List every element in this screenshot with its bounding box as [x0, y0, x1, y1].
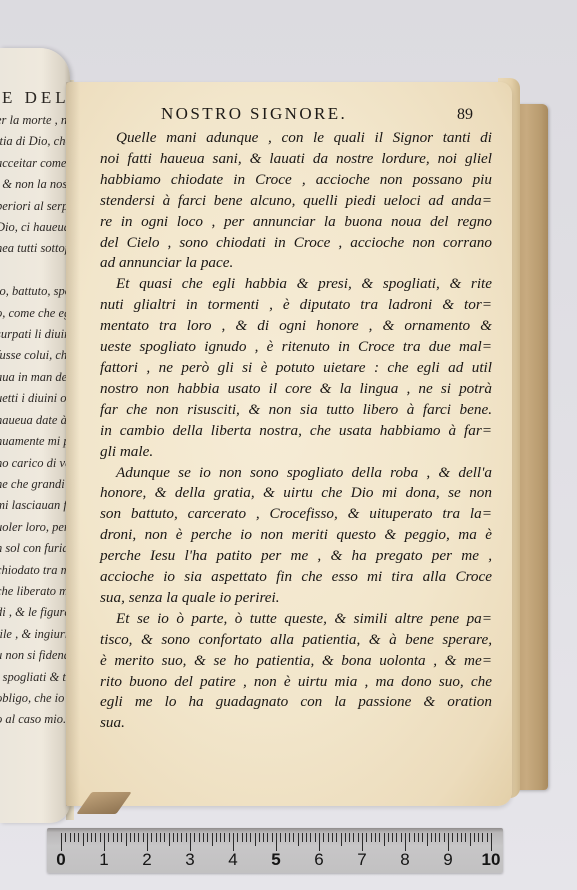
ruler-tick	[181, 833, 182, 842]
left-text-fragment: uoler loro, perch	[0, 517, 70, 538]
ruler-tick	[242, 833, 243, 842]
left-text-fragment: di , & le figura	[0, 602, 70, 623]
ruler-tick	[298, 833, 299, 846]
ruler-tick	[414, 833, 415, 842]
ruler-label: 1	[99, 850, 108, 870]
ruler-tick	[212, 833, 213, 846]
ruler-tick	[366, 833, 367, 842]
text-line: nostro non habbia usato il core & la lin…	[100, 379, 492, 400]
ruler-tick	[371, 833, 372, 842]
ruler-label: 10	[482, 850, 501, 870]
text-line: far che non risusciti, & non sia tutto l…	[100, 400, 492, 421]
left-text-fragment: acceitar come bun	[0, 153, 70, 174]
ruler-tick	[349, 833, 350, 842]
left-page: E DEL er la morte , non penttia di Dio, …	[0, 48, 70, 823]
ruler-tick	[151, 833, 152, 842]
ruler-tick	[255, 833, 256, 846]
ruler-tick	[427, 833, 428, 846]
ruler-tick	[332, 833, 333, 842]
ruler-tick	[405, 833, 406, 851]
ruler-tick	[444, 833, 445, 842]
ruler-tick	[104, 833, 105, 851]
text-line: sua, senza la quale io perirei.	[100, 588, 492, 609]
ruler-tick	[470, 833, 471, 846]
ruler-label: 3	[185, 850, 194, 870]
ruler-tick	[134, 833, 135, 842]
ruler-tick	[61, 833, 62, 851]
text-line: Et quasi che egli habbia & presi, & spog…	[100, 274, 492, 295]
ruler-tick	[379, 833, 380, 842]
ruler-tick	[336, 833, 337, 842]
ruler-tick	[401, 833, 402, 842]
ruler-tick	[323, 833, 324, 842]
ruler-tick	[465, 833, 466, 842]
text-line: Adunque se io non sono spogliato della r…	[100, 463, 492, 484]
ruler-label: 6	[314, 850, 323, 870]
ruler-tick	[237, 833, 238, 842]
left-text-fragment: u non si fidenano	[0, 645, 70, 666]
left-text-fragment: fusse colui, che ha	[0, 345, 70, 366]
ruler-tick	[461, 833, 462, 842]
ruler-tick	[302, 833, 303, 842]
text-line: habbiamo chiodate in Croce , accioche no…	[100, 170, 492, 191]
ruler-tick	[328, 833, 329, 842]
left-text-fragment: nuamente mi pen	[0, 431, 70, 452]
text-line: droni, non è perche io non meriti questo…	[100, 525, 492, 546]
ruler-tick	[310, 833, 311, 842]
left-page-text: er la morte , non penttia di Dio, che ce…	[0, 110, 70, 731]
ruler-tick	[186, 833, 187, 842]
left-text-fragment: mi lasciauan far	[0, 495, 70, 516]
ruler-tick	[173, 833, 174, 842]
ruler-tick	[315, 833, 316, 842]
ruler-tick	[362, 833, 363, 851]
left-text-fragment: haueua date à copri	[0, 410, 70, 431]
ruler-tick	[95, 833, 96, 842]
ruler-tick	[70, 833, 71, 842]
ruler-tick	[246, 833, 247, 842]
text-line: accioche io sia aspettato fin che esso m…	[100, 567, 492, 588]
left-text-fragment: che liberato ma	[0, 581, 70, 602]
text-line: gli male.	[100, 442, 492, 463]
scale-ruler: 012345678910	[47, 828, 503, 873]
left-text-fragment: surpati li diuini hon	[0, 324, 70, 345]
ruler-tick	[87, 833, 88, 842]
ruler-tick	[384, 833, 385, 846]
ruler-tick	[74, 833, 75, 842]
ruler-tick	[439, 833, 440, 842]
text-line: è merito suo, & se ho patientia, & bona …	[100, 651, 492, 672]
ruler-tick	[345, 833, 346, 842]
ruler-tick	[276, 833, 277, 851]
left-text-fragment: uetti i diuini orname	[0, 388, 70, 409]
ruler-tick	[65, 833, 66, 842]
left-text-fragment: ne che grandi pian	[0, 474, 70, 495]
left-text-fragment: i spogliati & tra	[0, 667, 70, 688]
left-text-fragment: nea tutti sottoposti	[0, 238, 70, 259]
ruler-tick	[448, 833, 449, 851]
text-line: sua.	[100, 713, 492, 734]
ruler-tick	[491, 833, 492, 851]
ruler-label: 2	[142, 850, 151, 870]
ruler-tick	[113, 833, 114, 842]
left-text-fragment: aua in man de mani	[0, 367, 70, 388]
text-line: in cambio della liberta nostra, che usat…	[100, 421, 492, 442]
ruler-tick	[388, 833, 389, 842]
ruler-tick	[319, 833, 320, 851]
left-text-fragment: o al caso mio.	[0, 709, 70, 730]
ruler-tick	[216, 833, 217, 842]
text-line: ad annunciar la pace.	[100, 253, 492, 274]
ruler-tick	[474, 833, 475, 842]
ruler-tick	[91, 833, 92, 842]
left-text-fragment: ttia di Dio, che ce la	[0, 131, 70, 152]
text-line: Et se io ò parte, ò tutte queste, & simi…	[100, 609, 492, 630]
text-line: ueste spogliato ignudo , è ritenuto in C…	[100, 337, 492, 358]
left-running-head: E DEL	[2, 88, 70, 108]
text-line: egli me lo ha guadagnato con la passione…	[100, 692, 492, 713]
text-line: Quelle mani adunque , con le quali il Si…	[100, 128, 492, 149]
ruler-label: 9	[443, 850, 452, 870]
ruler-tick	[435, 833, 436, 842]
text-line: mentato tra loro , & di ogni honore , & …	[100, 316, 492, 337]
text-line: fattori , ne però gli si è potuto uietar…	[100, 358, 492, 379]
left-text-fragment: tile , & ingiuria	[0, 624, 70, 645]
ruler-tick	[117, 833, 118, 842]
ruler-tick	[224, 833, 225, 842]
ruler-tick	[418, 833, 419, 842]
text-line: nuti glialtri in tormenti , è diputato t…	[100, 295, 492, 316]
ruler-tick	[293, 833, 294, 842]
running-head-title: NOSTRO SIGNORE.	[161, 104, 347, 124]
ruler-tick	[229, 833, 230, 842]
ruler-tick	[160, 833, 161, 842]
ruler-tick	[108, 833, 109, 842]
ruler-tick	[143, 833, 144, 842]
ruler-tick	[126, 833, 127, 846]
ruler-tick	[207, 833, 208, 842]
ruler-tick	[220, 833, 221, 842]
text-line: stendersi à farci bene alcuno, quelli pi…	[100, 191, 492, 212]
page-number: 89	[457, 106, 473, 124]
ruler-tick	[199, 833, 200, 842]
ruler-tick	[392, 833, 393, 842]
ruler-label: 8	[400, 850, 409, 870]
left-text-fragment: er la morte , non pen	[0, 110, 70, 131]
text-line: noi fatti haueua sani, & lauati da nostr…	[100, 149, 492, 170]
ruler-tick	[164, 833, 165, 842]
ruler-label: 5	[271, 850, 280, 870]
body-text: Quelle mani adunque , con le quali il Si…	[100, 128, 492, 734]
ruler-tick	[358, 833, 359, 842]
left-text-fragment: chiodato tra misera	[0, 560, 70, 581]
ruler-tick	[267, 833, 268, 842]
left-text-fragment: obligo, che io hau	[0, 688, 70, 709]
ruler-tick	[396, 833, 397, 842]
ruler-tick	[272, 833, 273, 842]
text-line: tisco, & sono confortato alla patientia,…	[100, 630, 492, 651]
ruler-label: 4	[228, 850, 237, 870]
ruler-tick	[306, 833, 307, 842]
right-page: NOSTRO SIGNORE. 89 Quelle mani adunque ,…	[66, 82, 512, 806]
ruler-tick	[83, 833, 84, 846]
text-line: rito buono del patire , non è uirtu mia …	[100, 672, 492, 693]
ruler-tick	[169, 833, 170, 846]
ruler-tick	[487, 833, 488, 842]
ruler-tick	[156, 833, 157, 842]
ruler-tick	[409, 833, 410, 842]
ruler-tick	[100, 833, 101, 842]
ruler-label: 0	[56, 850, 65, 870]
left-text-fragment: periori al serpente	[0, 196, 70, 217]
ruler-tick	[78, 833, 79, 842]
ruler-tick	[452, 833, 453, 842]
ruler-tick	[431, 833, 432, 842]
ruler-label: 7	[357, 850, 366, 870]
ruler-tick	[130, 833, 131, 842]
left-text-fragment: Dio, ci haueua fatti	[0, 217, 70, 238]
ruler-tick	[478, 833, 479, 842]
ruler-tick	[177, 833, 178, 842]
left-text-fragment: to, battuto, spoglia	[0, 281, 70, 302]
text-line: perche Iesu l'ha patito per me , & ha pr…	[100, 546, 492, 567]
ruler-tick	[289, 833, 290, 842]
ruler-tick	[341, 833, 342, 846]
ruler-tick	[285, 833, 286, 842]
ruler-tick	[233, 833, 234, 851]
text-line: re in ogni loco , per annunciar la buona…	[100, 212, 492, 233]
left-text-fragment: , & non la nostra	[0, 174, 70, 195]
ruler-tick	[203, 833, 204, 842]
ruler-tick	[259, 833, 260, 842]
text-line: son battuto, carcerato , Crocefisso, & u…	[100, 504, 492, 525]
book-photograph: E DEL er la morte , non penttia di Dio, …	[0, 0, 577, 890]
ruler-tick	[457, 833, 458, 842]
ruler-tick	[353, 833, 354, 842]
ruler-tick	[422, 833, 423, 842]
ruler-tick	[280, 833, 281, 842]
left-text-fragment	[0, 260, 70, 281]
ruler-tick	[194, 833, 195, 842]
ruler-tick	[121, 833, 122, 842]
ruler-tick	[190, 833, 191, 851]
ruler-tick	[147, 833, 148, 851]
ruler-tick	[138, 833, 139, 842]
ruler-tick	[250, 833, 251, 842]
text-line: honore, & della gratia, & uirtu che Dio …	[100, 483, 492, 504]
ruler-tick	[263, 833, 264, 842]
ruler-tick	[482, 833, 483, 842]
text-line: del Cielo , sono chiodati in Croce , acc…	[100, 233, 492, 254]
running-head: NOSTRO SIGNORE. 89	[161, 104, 497, 124]
left-text-fragment: n sol con furia di po	[0, 538, 70, 559]
left-text-fragment: no carico di vergog	[0, 453, 70, 474]
left-text-fragment: o, come che egli ra	[0, 303, 70, 324]
ruler-tick	[375, 833, 376, 842]
